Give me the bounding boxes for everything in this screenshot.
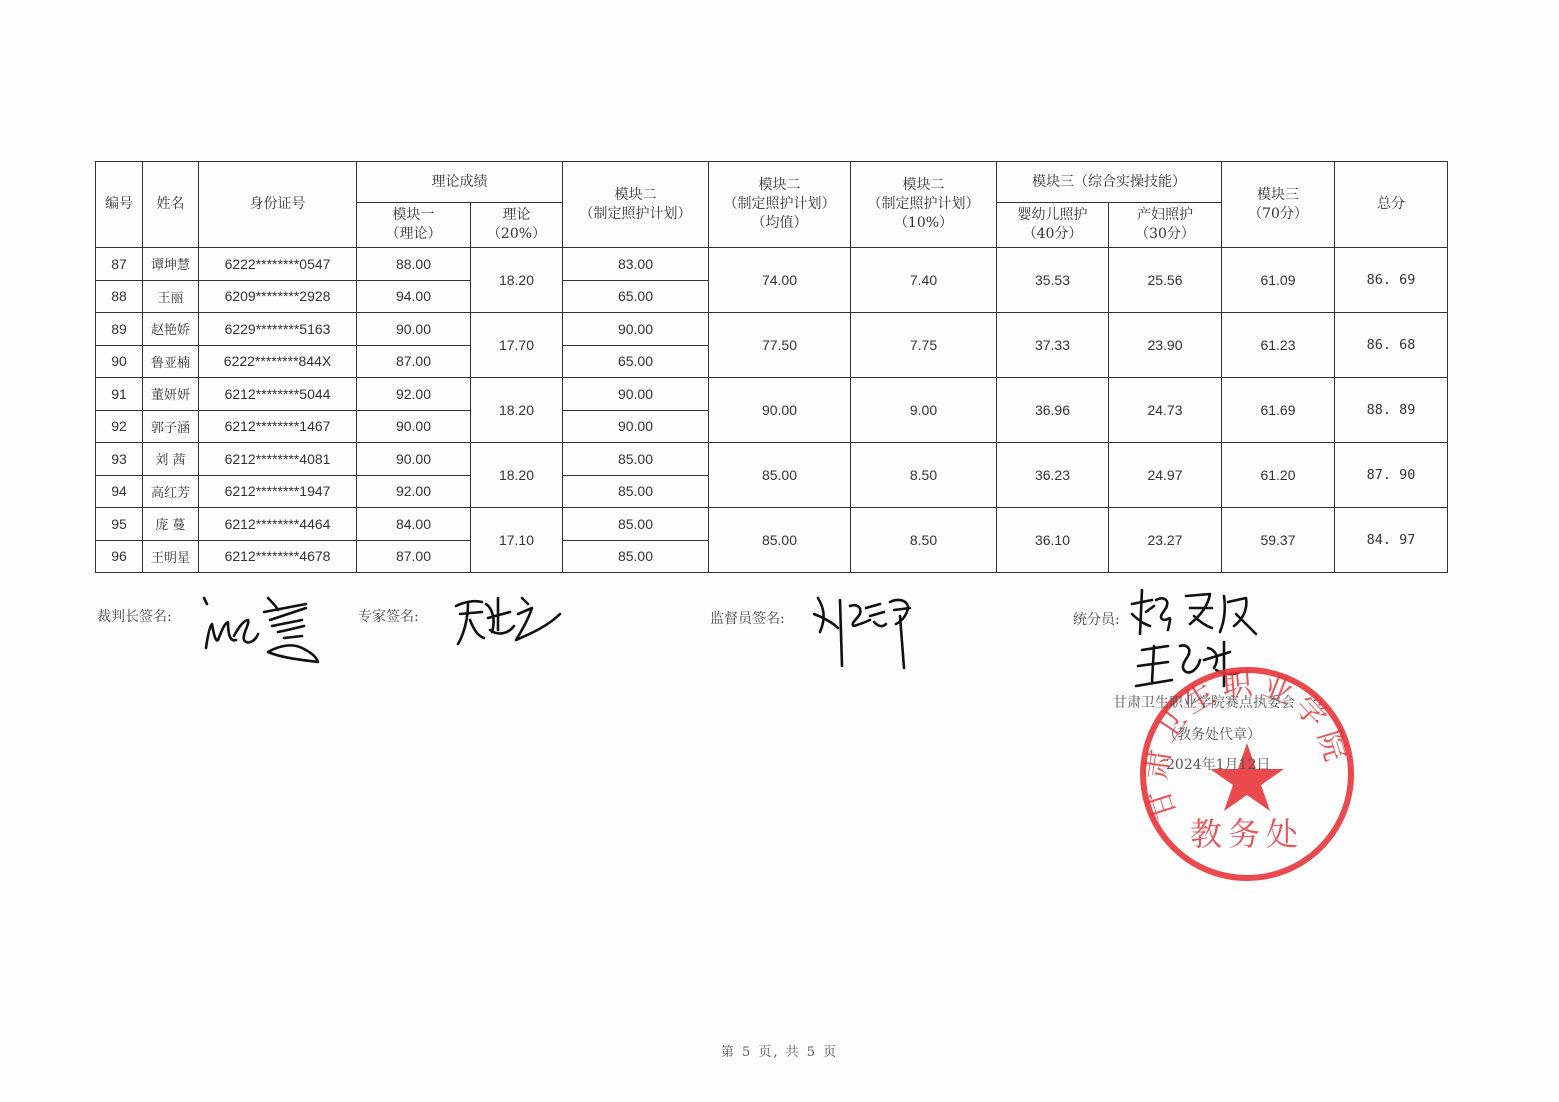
cell-module2: 90.00: [563, 313, 709, 346]
cell-infant-care: 35.53: [997, 248, 1109, 313]
expert-label: 专家签名:: [358, 606, 419, 626]
cell-id: 6212********4678: [199, 540, 357, 573]
header-module1: 模块一 （理论）: [357, 203, 471, 248]
header-module1-line2: （理论）: [357, 225, 470, 244]
cell-no: 92: [96, 410, 143, 443]
cell-module2-avg: 85.00: [709, 443, 851, 508]
cell-module2: 90.00: [563, 410, 709, 443]
expert-signature: [452, 590, 567, 650]
seal-note-text: （教务处代章）: [1163, 724, 1261, 744]
cell-no: 96: [96, 540, 143, 573]
header-infant-care: 婴幼儿照护 （40分）: [997, 203, 1109, 248]
chief-judge-label: 裁判长签名:: [97, 606, 172, 626]
header-module2-pct-line3: （10%）: [851, 214, 996, 233]
seal-center-text: 教务处: [1190, 815, 1304, 853]
header-module2-line1: 模块二: [563, 186, 708, 205]
page-footer: 第 5 页, 共 5 页: [0, 1041, 1559, 1060]
cell-theory20: 18.20: [471, 378, 563, 443]
supervisor-signature: [810, 588, 920, 673]
table-row: 89赵艳娇6229********516390.0017.7090.0077.5…: [96, 313, 1448, 346]
cell-module2-pct: 7.40: [851, 248, 997, 313]
cell-module3-total: 61.23: [1222, 313, 1335, 378]
header-module2-pct-line1: 模块二: [851, 176, 996, 195]
cell-module2: 85.00: [563, 475, 709, 508]
cell-name: 王明星: [143, 540, 199, 573]
cell-module2-pct: 9.00: [851, 378, 997, 443]
cell-module2: 85.00: [563, 443, 709, 476]
cell-module2: 85.00: [563, 540, 709, 573]
cell-module3-total: 61.69: [1222, 378, 1335, 443]
header-module2: 模块二 （制定照护计划）: [563, 162, 709, 248]
cell-module1: 90.00: [357, 443, 471, 476]
cell-no: 89: [96, 313, 143, 346]
cell-no: 90: [96, 345, 143, 378]
cell-id: 6212********4464: [199, 508, 357, 541]
header-module3-total: 模块三 （70分）: [1222, 162, 1335, 248]
chief-judge-signature: [198, 590, 328, 665]
cell-theory20: 18.20: [471, 248, 563, 313]
cell-module1: 94.00: [357, 280, 471, 313]
cell-maternal-care: 25.56: [1109, 248, 1222, 313]
header-module1-line1: 模块一: [357, 206, 470, 225]
cell-module2-avg: 90.00: [709, 378, 851, 443]
cell-module2: 90.00: [563, 378, 709, 411]
header-module2-avg-line2: （制定照护计划）: [709, 195, 850, 214]
header-module2-line2: （制定照护计划）: [563, 205, 708, 224]
cell-total: 84. 97: [1335, 508, 1448, 573]
header-module2-pct-line2: （制定照护计划）: [851, 195, 996, 214]
table-row: 87谭坤慧6222********054788.0018.2083.0074.0…: [96, 248, 1448, 281]
header-total: 总分: [1335, 162, 1448, 248]
header-module2-avg-line1: 模块二: [709, 176, 850, 195]
table-body: 87谭坤慧6222********054788.0018.2083.0074.0…: [96, 248, 1448, 573]
header-infant-care-line2: （40分）: [997, 225, 1108, 244]
cell-id: 6209********2928: [199, 280, 357, 313]
cell-module1: 92.00: [357, 475, 471, 508]
cell-name: 刘 茜: [143, 443, 199, 476]
cell-module2-avg: 85.00: [709, 508, 851, 573]
header-module3-total-line2: （70分）: [1222, 205, 1334, 224]
cell-module1: 84.00: [357, 508, 471, 541]
header-maternal-care: 产妇照护 （30分）: [1109, 203, 1222, 248]
cell-module2-pct: 7.75: [851, 313, 997, 378]
cell-maternal-care: 23.90: [1109, 313, 1222, 378]
cell-no: 88: [96, 280, 143, 313]
header-module2-pct: 模块二 （制定照护计划） （10%）: [851, 162, 997, 248]
cell-module2: 65.00: [563, 345, 709, 378]
cell-module2: 83.00: [563, 248, 709, 281]
score-table: 编号 姓名 身份证号 理论成绩 模块二 （制定照护计划） 模块二 （制定照护计划…: [95, 161, 1448, 573]
header-infant-care-line1: 婴幼儿照护: [997, 206, 1108, 225]
cell-module3-total: 61.09: [1222, 248, 1335, 313]
cell-no: 87: [96, 248, 143, 281]
cell-total: 86. 68: [1335, 313, 1448, 378]
cell-name: 谭坤慧: [143, 248, 199, 281]
document-page: 编号 姓名 身份证号 理论成绩 模块二 （制定照护计划） 模块二 （制定照护计划…: [0, 0, 1559, 1102]
cell-module3-total: 59.37: [1222, 508, 1335, 573]
cell-infant-care: 36.23: [997, 443, 1109, 508]
cell-id: 6212********1467: [199, 410, 357, 443]
header-theory20-line2: （20%）: [471, 225, 562, 244]
cell-maternal-care: 24.97: [1109, 443, 1222, 508]
header-maternal-care-line1: 产妇照护: [1109, 206, 1221, 225]
cell-theory20: 18.20: [471, 443, 563, 508]
cell-maternal-care: 23.27: [1109, 508, 1222, 573]
cell-infant-care: 36.10: [997, 508, 1109, 573]
cell-module3-total: 61.20: [1222, 443, 1335, 508]
header-id: 身份证号: [199, 162, 357, 248]
cell-module2: 85.00: [563, 508, 709, 541]
cell-total: 87. 90: [1335, 443, 1448, 508]
cell-id: 6212********1947: [199, 475, 357, 508]
cell-theory20: 17.70: [471, 313, 563, 378]
cell-module2-avg: 77.50: [709, 313, 851, 378]
cell-infant-care: 36.96: [997, 378, 1109, 443]
header-no: 编号: [96, 162, 143, 248]
cell-no: 95: [96, 508, 143, 541]
scorer-label: 统分员:: [1073, 609, 1120, 629]
header-module2-avg: 模块二 （制定照护计划） （均值）: [709, 162, 851, 248]
cell-module1: 87.00: [357, 345, 471, 378]
header-module3-total-line1: 模块三: [1222, 186, 1334, 205]
cell-infant-care: 37.33: [997, 313, 1109, 378]
cell-id: 6222********844X: [199, 345, 357, 378]
table-row: 93刘 茜6212********408190.0018.2085.0085.0…: [96, 443, 1448, 476]
cell-no: 94: [96, 475, 143, 508]
cell-id: 6212********5044: [199, 378, 357, 411]
cell-maternal-care: 24.73: [1109, 378, 1222, 443]
header-maternal-care-line2: （30分）: [1109, 225, 1221, 244]
issuer-text: 甘肃卫生职业学院赛点执委会: [1113, 692, 1295, 712]
cell-module2-pct: 8.50: [851, 443, 997, 508]
header-module2-avg-line3: （均值）: [709, 214, 850, 233]
table-row: 95庞 蔓6212********446484.0017.1085.0085.0…: [96, 508, 1448, 541]
cell-module1: 90.00: [357, 410, 471, 443]
header-theory20: 理论 （20%）: [471, 203, 563, 248]
cell-module2-avg: 74.00: [709, 248, 851, 313]
header-theory-group: 理论成绩: [357, 162, 563, 203]
cell-module2-pct: 8.50: [851, 508, 997, 573]
cell-name: 庞 蔓: [143, 508, 199, 541]
cell-module1: 90.00: [357, 313, 471, 346]
cell-id: 6229********5163: [199, 313, 357, 346]
cell-name: 郭子涵: [143, 410, 199, 443]
cell-module1: 88.00: [357, 248, 471, 281]
supervisor-label: 监督员签名:: [710, 608, 785, 628]
cell-theory20: 17.10: [471, 508, 563, 573]
header-theory20-line1: 理论: [471, 206, 562, 225]
cell-name: 王丽: [143, 280, 199, 313]
cell-name: 鲁亚楠: [143, 345, 199, 378]
cell-id: 6222********0547: [199, 248, 357, 281]
cell-module1: 92.00: [357, 378, 471, 411]
cell-module2: 65.00: [563, 280, 709, 313]
cell-name: 高红芳: [143, 475, 199, 508]
header-module3-group: 模块三（综合实操技能）: [997, 162, 1222, 203]
cell-no: 93: [96, 443, 143, 476]
table-row: 91董妍妍6212********504492.0018.2090.0090.0…: [96, 378, 1448, 411]
cell-module1: 87.00: [357, 540, 471, 573]
cell-id: 6212********4081: [199, 443, 357, 476]
date-text: 2024年1月12日: [1166, 754, 1270, 774]
cell-no: 91: [96, 378, 143, 411]
cell-name: 董妍妍: [143, 378, 199, 411]
cell-name: 赵艳娇: [143, 313, 199, 346]
cell-total: 86. 69: [1335, 248, 1448, 313]
cell-total: 88. 89: [1335, 378, 1448, 443]
header-name: 姓名: [143, 162, 199, 248]
table-header: 编号 姓名 身份证号 理论成绩 模块二 （制定照护计划） 模块二 （制定照护计划…: [96, 162, 1448, 248]
